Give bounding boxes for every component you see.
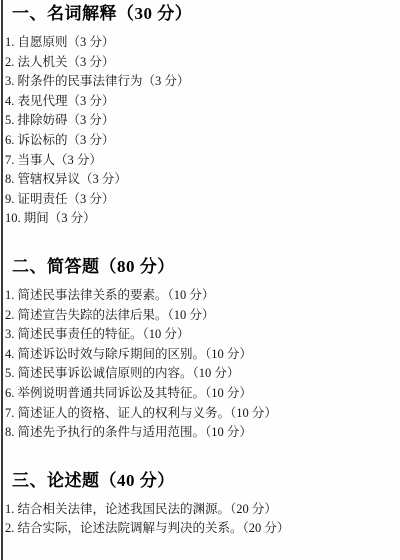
- question-item: 2. 简述宣告失踪的法律后果。（10 分）: [5, 306, 392, 326]
- exam-paper-page: 一、名词解释（30 分） 1. 自愿原则（3 分） 2. 法人机关（3 分） 3…: [0, 0, 400, 560]
- question-item: 7. 简述证人的资格、证人的权利与义务。（10 分）: [5, 404, 392, 424]
- question-item: 9. 证明责任（3 分）: [5, 190, 392, 210]
- question-item: 4. 表见代理（3 分）: [5, 92, 392, 112]
- question-item: 2. 法人机关（3 分）: [5, 53, 392, 73]
- question-item: 1. 结合相关法律，论述我国民法的渊源。（20 分）: [5, 500, 392, 520]
- question-item: 2. 结合实际，论述法院调解与判决的关系。（20 分）: [5, 519, 392, 539]
- question-item: 1. 简述民事法律关系的要素。（10 分）: [5, 286, 392, 306]
- question-item: 8. 管辖权异议（3 分）: [5, 170, 392, 190]
- section-heading: 一、名词解释（30 分）: [12, 2, 392, 26]
- page-left-border: [1, 0, 3, 560]
- question-item: 8. 简述先予执行的条件与适用范围。（10 分）: [5, 423, 392, 443]
- question-item: 10. 期间（3 分）: [5, 209, 392, 229]
- question-item: 1. 自愿原则（3 分）: [5, 33, 392, 53]
- question-item: 6. 举例说明普通共同诉讼及其特征。（10 分）: [5, 384, 392, 404]
- section-essay: 三、论述题（40 分） 1. 结合相关法律，论述我国民法的渊源。（20 分） 2…: [5, 469, 392, 539]
- section-term-definitions: 一、名词解释（30 分） 1. 自愿原则（3 分） 2. 法人机关（3 分） 3…: [5, 2, 392, 229]
- question-item: 3. 简述民事责任的特征。（10 分）: [5, 325, 392, 345]
- question-item: 4. 简述诉讼时效与除斥期间的区别。（10 分）: [5, 345, 392, 365]
- question-item: 3. 附条件的民事法律行为（3 分）: [5, 72, 392, 92]
- question-item: 5. 排除妨碍（3 分）: [5, 111, 392, 131]
- question-item: 7. 当事人（3 分）: [5, 151, 392, 171]
- section-short-answer: 二、简答题（80 分） 1. 简述民事法律关系的要素。（10 分） 2. 简述宣…: [5, 255, 392, 443]
- question-item: 6. 诉讼标的（3 分）: [5, 131, 392, 151]
- section-heading: 二、简答题（80 分）: [12, 255, 392, 279]
- question-item: 5. 简述民事诉讼诚信原则的内容。（10 分）: [5, 364, 392, 384]
- section-heading: 三、论述题（40 分）: [12, 469, 392, 493]
